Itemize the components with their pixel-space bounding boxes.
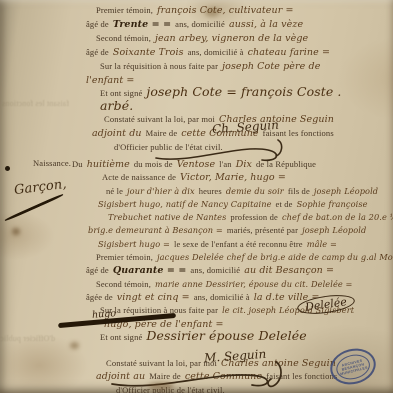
printed-text: Du <box>72 159 83 169</box>
printed-text: profession de <box>230 212 278 222</box>
handwritten-text: joseph Cote père de <box>222 61 320 72</box>
act2-signatures-line: Et ont signé Dessirier épouse Delelée <box>72 330 390 343</box>
printed-text: du mois de <box>134 159 173 169</box>
handwritten-text: l'enfant = <box>86 75 135 86</box>
handwritten-text: jacques Delelée chef de brig.e aide de c… <box>157 252 393 262</box>
printed-text: Sur la réquisition à nous faite par <box>100 61 218 71</box>
printed-text: mariés, présenté par <box>227 225 298 235</box>
handwritten-text: jour d'hier à dix <box>127 186 195 196</box>
signature-text: Dessirier épouse Delelée <box>146 328 306 343</box>
printed-text: Et ont signé <box>100 88 142 98</box>
handwritten-text: Sophie françoise <box>297 199 368 209</box>
handwritten-text: jean arbey, vigneron de la vège <box>155 33 308 44</box>
printed-text: de la République <box>256 159 316 169</box>
civil-register-page: Premier témoin, françois Cote, cultivate… <box>0 0 393 393</box>
handwritten-text: Trente = = <box>113 19 171 30</box>
handwritten-text: brig.e demeurant à Besançon = <box>88 225 223 235</box>
act2-date-line: Du huitième du mois de Ventose l'an Dix … <box>72 157 390 170</box>
printed-text: âgé de <box>86 19 109 29</box>
printed-text: âgé de <box>86 47 109 57</box>
act2-name-line: Acte de naissance de Victor, Marie, hugo… <box>72 170 390 183</box>
bleedthrough-text: d'Officier public <box>0 334 55 343</box>
printed-text: Second témoin, <box>96 33 151 43</box>
handwritten-text: joseph Léopold <box>314 186 378 196</box>
handwritten-text: joseph Léopold <box>302 225 366 235</box>
handwritten-text: Ventose <box>177 159 215 170</box>
printed-text: ans, domicilié <box>175 19 225 29</box>
printed-text: Acte de naissance de <box>102 172 176 182</box>
act2-sex-line: Sigisbert hugo = le sexe de l'enfant a é… <box>72 237 390 250</box>
act1-witness1-line: Premier témoin, françois Cote, cultivate… <box>86 3 388 17</box>
handwritten-text: Sigisbert hugo = <box>98 239 170 249</box>
act1-witness2-line: Second témoin, jean arbey, vigneron de l… <box>86 31 388 45</box>
handwritten-text: Dix <box>236 159 252 170</box>
signature-flourish-act2 <box>108 358 318 392</box>
ink-dot <box>5 166 10 171</box>
act1-requisition-line: Sur la réquisition à nous faite par jose… <box>86 59 388 73</box>
signature-text: joseph Cote = françois Coste . <box>146 84 341 99</box>
act2-born-line: né le jour d'hier à dix heures demie du … <box>72 184 390 197</box>
handwritten-text: mâle = <box>307 239 337 249</box>
printed-text: Premier témoin, <box>96 252 153 262</box>
printed-text: âgée de <box>86 292 113 302</box>
act1-signatures-line2: arbé. <box>86 100 388 112</box>
handwritten-text: vingt et cinq = <box>117 292 190 303</box>
printed-text: l'an <box>219 159 232 169</box>
printed-text: Premier témoin, <box>96 5 153 15</box>
handwritten-text: chateau farine = <box>248 47 330 58</box>
printed-text: Et ont signé <box>100 332 142 342</box>
act2-witness2-line: Second témoin, marie anne Dessirier, épo… <box>72 277 390 290</box>
signature-text: arbé. <box>100 98 133 113</box>
printed-text: âgé de <box>86 265 109 275</box>
act1-witness2-age-line: âgé de Soixante Trois ans, domicilié à c… <box>86 45 388 59</box>
bleedthrough-text: faisant les fonctions <box>2 99 69 108</box>
naissance-margin-label: Naissance. <box>33 158 71 168</box>
handwritten-text: au dit Besançon = <box>244 265 334 276</box>
printed-text: Constaté suivant la loi, par moi <box>104 114 215 124</box>
stain <box>12 228 20 235</box>
act2-father-line: Sigisbert hugo, natif de Nancy Capitaine… <box>72 197 390 210</box>
act1-witness1-age-line: âgé de Trente = = ans, domicilié aussi, … <box>86 17 388 31</box>
handwritten-text: Trebuchet native de Nantes <box>108 212 226 222</box>
printed-text: Second témoin, <box>96 279 151 289</box>
handwritten-text: Sigisbert hugo, natif de Nancy Capitaine <box>98 199 272 209</box>
printed-text: heures <box>199 186 222 196</box>
act2-witness1-line: Premier témoin, jacques Delelée chef de … <box>72 250 390 263</box>
printed-text: le sexe de l'enfant a été reconnu être <box>174 239 303 249</box>
archive-stamp-inner: ARCHIVES BESANÇON MUNICIPALES <box>334 351 373 383</box>
printed-text: ans, domicilié à <box>188 47 244 57</box>
act2-witness1-age-line: âgé de Quarante = = ans, domicilié au di… <box>72 263 390 276</box>
act2-mother-line: Trebuchet native de Nantes profession de… <box>72 210 390 223</box>
margin-flourish-stroke <box>4 193 64 222</box>
handwritten-text: huitième <box>87 159 130 170</box>
printed-text: ans, domicilié <box>190 265 240 275</box>
act2-residence-line: brig.e demeurant à Besançon = mariés, pr… <box>72 223 390 236</box>
handwritten-text: aussi, à la vèze <box>229 19 303 30</box>
printed-text: fils de <box>288 186 310 196</box>
handwritten-text: adjoint du <box>92 128 142 139</box>
handwritten-text: Quarante = = <box>113 265 187 276</box>
printed-text: né le <box>106 186 123 196</box>
handwritten-text: Soixante Trois <box>113 47 184 58</box>
